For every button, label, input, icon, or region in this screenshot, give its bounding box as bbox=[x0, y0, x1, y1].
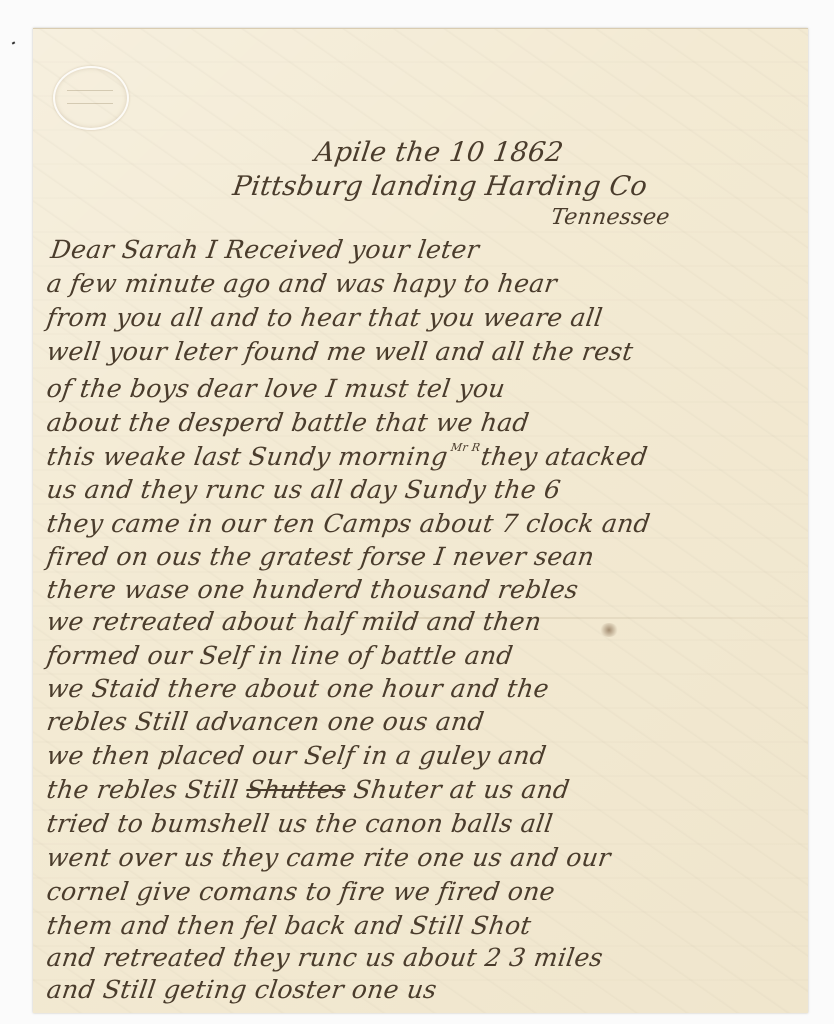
letter-line: of the boys dear love I must tel you bbox=[45, 374, 507, 403]
letter-line: tried to bumshell us the canon balls all bbox=[45, 809, 555, 838]
interlinear-note: Mr R bbox=[450, 441, 481, 454]
letter-line: they came in our ten Camps about 7 clock… bbox=[45, 509, 652, 538]
letter-line: a few minute ago and was hapy to hear bbox=[45, 269, 559, 298]
letter-line: we then placed our Self in a guley and bbox=[45, 741, 548, 770]
letter-line: and Still geting closter one us bbox=[45, 975, 439, 1004]
letter-line-text: this weake last Sundy morning bbox=[45, 442, 450, 471]
letter-line: this weake last Sundy morningMr Rthey at… bbox=[45, 441, 650, 471]
struck-word: Shuttes bbox=[244, 775, 347, 804]
scan-speck bbox=[12, 41, 16, 44]
letter-line: the rebles Still Shuttes Shuter at us an… bbox=[45, 775, 572, 804]
letter-line: from you all and to hear that you weare … bbox=[45, 303, 605, 332]
letter-line: there wase one hunderd thousand rebles bbox=[45, 575, 580, 604]
letter-line: them and then fel back and Still Shot bbox=[45, 911, 533, 940]
letter-line: we retreated about half mild and then bbox=[45, 607, 543, 636]
letter-line: and retreated they runc us about 2 3 mil… bbox=[45, 943, 605, 972]
embossed-seal-icon bbox=[53, 66, 129, 130]
letter-line: went over us they came rite one us and o… bbox=[45, 843, 613, 872]
letter-line: cornel give comans to fire we fired one bbox=[45, 877, 557, 906]
letter-line: us and they runc us all day Sundy the 6 bbox=[45, 475, 563, 504]
letter-page: Apile the 10 1862 Pittsburg landing Hard… bbox=[33, 28, 808, 1013]
letter-place: Pittsburg landing Harding Co bbox=[231, 171, 649, 202]
letter-state: Tennessee bbox=[549, 205, 671, 230]
letter-line: about the desperd battle that we had bbox=[45, 408, 531, 437]
letter-line: we Staid there about one hour and the bbox=[45, 674, 551, 703]
letter-line: Dear Sarah I Received your leter bbox=[49, 235, 481, 264]
letter-line: rebles Still advancen one ous and bbox=[45, 707, 486, 736]
letter-line: formed our Self in line of battle and bbox=[45, 641, 515, 670]
letter-date: Apile the 10 1862 bbox=[313, 137, 566, 168]
letter-line: well your leter found me well and all th… bbox=[45, 337, 635, 366]
letter-line: fired on ous the gratest forse I never s… bbox=[45, 542, 596, 571]
letter-line-text: they atacked bbox=[479, 442, 649, 471]
letter-line-text: the rebles Still bbox=[45, 775, 240, 804]
letter-line-text: Shuter at us and bbox=[352, 775, 572, 804]
ink-stain bbox=[600, 623, 618, 637]
